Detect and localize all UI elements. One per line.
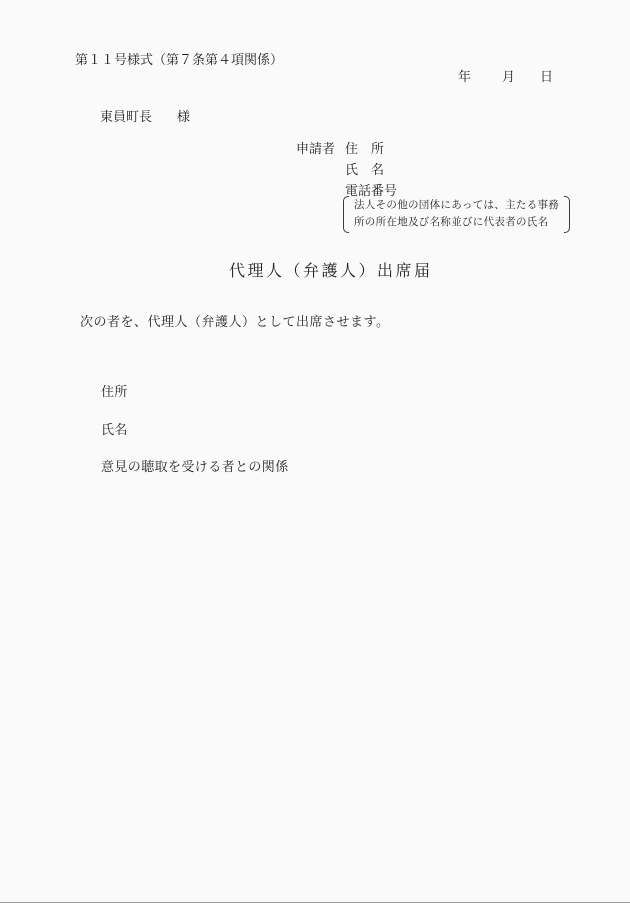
applicant-name-label: 氏 名 bbox=[345, 159, 397, 180]
entry-field-address-label: 住所 bbox=[101, 381, 128, 400]
addressee-name: 東員町長 bbox=[100, 109, 152, 124]
applicant-address-label: 住 所 bbox=[345, 141, 384, 156]
corporate-note: 法人その他の団体にあっては、主たる事務 所の所在地及び名称並びに代表者の氏名 bbox=[343, 196, 570, 233]
document-page: 第１１号様式（第７条第４項関係） 年 月 日 東員町長様 申請者住 所 氏 名 … bbox=[0, 0, 630, 903]
right-bracket bbox=[564, 196, 570, 233]
date-line: 年 月 日 bbox=[0, 66, 630, 82]
corporate-note-text: 法人その他の団体にあっては、主たる事務 所の所在地及び名称並びに代表者の氏名 bbox=[349, 196, 564, 233]
addressee-line: 東員町長様 bbox=[100, 106, 190, 125]
addressee-honorific: 様 bbox=[177, 109, 190, 124]
corporate-note-line-1: 法人その他の団体にあっては、主たる事務 bbox=[354, 198, 559, 215]
entry-field-relation-label: 意見の聴取を受ける者との関係 bbox=[101, 456, 289, 475]
date-day-label: 日 bbox=[540, 66, 553, 85]
date-month-label: 月 bbox=[502, 66, 515, 85]
corporate-note-line-2: 所の所在地及び名称並びに代表者の氏名 bbox=[354, 215, 559, 232]
applicant-label: 申請者 bbox=[296, 141, 335, 156]
applicant-block: 申請者住 所 氏 名 電話番号 bbox=[296, 138, 397, 201]
applicant-address-row: 申請者住 所 bbox=[296, 138, 397, 159]
date-year-label: 年 bbox=[458, 66, 471, 85]
body-sentence: 次の者を、代理人（弁護人）として出席させます。 bbox=[80, 311, 389, 330]
document-title: 代理人（弁護人）出席届 bbox=[229, 258, 433, 281]
entry-field-name-label: 氏名 bbox=[101, 419, 128, 438]
